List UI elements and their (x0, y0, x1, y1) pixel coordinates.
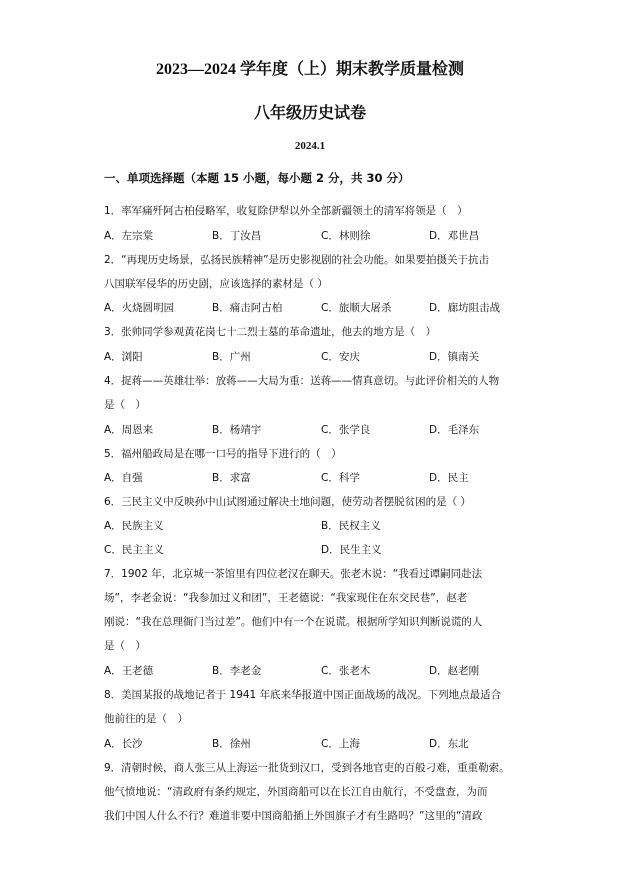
question-4-options: A．周恩来 B．杨靖宇 C．张学良 D．毛泽东 (104, 423, 524, 437)
question-9-text: 9．清朝时候，商人张三从上海运一批货到汉口，受到各地官吏的百般刁难，重重勒索。 (104, 761, 510, 775)
option-a: A．周恩来 (104, 423, 153, 437)
question-1-text: 1．率军痛歼阿古柏侵略军，收复除伊犁以外全部新疆领土的清军将领是（ ） (104, 204, 468, 218)
question-4-text: 4．捉蒋——英雄壮举：放蒋——大局为重：送蒋——情真意切。与此评价相关的人物 (104, 374, 499, 388)
question-3-text: 3．张帅同学参观黄花岗七十二烈士墓的革命遗址，他去的地方是（ ） (104, 325, 436, 339)
option-d: D．毛泽东 (429, 423, 479, 437)
option-c: C．张学良 (321, 423, 370, 437)
question-9-text-cont-1: 他气愤地说：“清政府有条约规定，外国商船可以在长江自由航行，不受盘查，为而 (104, 785, 487, 799)
option-d: D．民生主义 (321, 543, 382, 557)
option-d: D．廊坊阻击战 (429, 301, 500, 315)
option-a: A．王老德 (104, 664, 153, 678)
question-2-text: 2．“再现历史场景，弘扬民族精神”是历史影视剧的社会功能。如果要拍摄关于抗击 (104, 253, 489, 267)
option-b: B．痛击阿古柏 (212, 301, 282, 315)
exam-title: 2023—2024 学年度（上）期末教学质量检测 (0, 56, 620, 79)
option-a: A．长沙 (104, 737, 143, 751)
question-8-text: 8．美国某报的战地记者于 1941 年底来华报道中国正面战场的战况。下列地点最适… (104, 688, 501, 702)
question-2-text-cont: 八国联军侵华的历史剧，应该选择的素材是（ ） (104, 277, 328, 291)
question-4-text-cont: 是（ ） (104, 398, 146, 412)
question-5-options: A．自强 B．求富 C．科学 D．民主 (104, 471, 524, 485)
question-7-text-cont-1: 场”，李老金说：“我参加过义和团”，王老德说：“我家现住在东交民巷”，赵老 (104, 591, 467, 605)
option-c: C．旅顺大屠杀 (321, 301, 391, 315)
option-b: B．李老金 (212, 664, 261, 678)
option-a: A．民族主义 (104, 519, 164, 533)
question-9-text-cont-2: 我们中国人什么不行？难道非要中国商船插上外国旗子才有生路吗？”这里的“清政 (104, 809, 482, 823)
question-7-text-cont-3: 是（ ） (104, 639, 146, 653)
option-c: C．安庆 (321, 350, 360, 364)
exam-date: 2024.1 (0, 140, 620, 152)
option-b: B．求富 (212, 471, 251, 485)
question-8-text-cont: 他前往的是（ ） (104, 712, 188, 726)
option-d: D．镇南关 (429, 350, 479, 364)
question-5-text: 5．福州船政局是在哪一口号的指导下进行的（ ） (104, 447, 342, 461)
option-c: C．民主主义 (104, 543, 164, 557)
section-heading: 一、单项选择题（本题 15 小题，每小题 2 分，共 30 分） (104, 170, 410, 186)
option-b: B．广州 (212, 350, 251, 364)
exam-subtitle: 八年级历史试卷 (0, 100, 620, 123)
option-c: C．科学 (321, 471, 360, 485)
option-d: D．赵老刚 (429, 664, 479, 678)
option-c: C．林则徐 (321, 229, 370, 243)
option-b: B．杨靖宇 (212, 423, 261, 437)
question-1-options: A．左宗棠 B．丁汝昌 C．林则徐 D．邓世昌 (104, 229, 524, 243)
option-a: A．自强 (104, 471, 143, 485)
question-8-options: A．长沙 B．徐州 C．上海 D．东北 (104, 737, 524, 751)
question-7-text-cont-2: 刚说：“我在总理衙门当过差”。他们中有一个在说谎。根据所学知识判断说谎的人 (104, 615, 482, 629)
option-c: C．张老木 (321, 664, 370, 678)
option-b: B．民权主义 (321, 519, 381, 533)
option-a: A．火烧圆明园 (104, 301, 174, 315)
option-c: C．上海 (321, 737, 360, 751)
option-d: D．邓世昌 (429, 229, 479, 243)
option-d: D．东北 (429, 737, 469, 751)
option-a: A．浏阳 (104, 350, 143, 364)
option-a: A．左宗棠 (104, 229, 153, 243)
question-3-options: A．浏阳 B．广州 C．安庆 D．镇南关 (104, 350, 524, 364)
option-d: D．民主 (429, 471, 469, 485)
question-6-options-row-2: C．民主主义 D．民生主义 (104, 543, 524, 557)
question-7-options: A．王老德 B．李老金 C．张老木 D．赵老刚 (104, 664, 524, 678)
question-6-text: 6．三民主义中反映孙中山试图通过解决土地问题，使劳动者摆脱贫困的是（ ） (104, 495, 471, 509)
exam-page: 2023—2024 学年度（上）期末教学质量检测 八年级历史试卷 2024.1 … (0, 0, 620, 877)
option-b: B．徐州 (212, 737, 251, 751)
option-b: B．丁汝昌 (212, 229, 261, 243)
question-7-text: 7．1902 年，北京城一茶馆里有四位老汉在聊天。张老木说：“我看过谭嗣同赴法 (104, 567, 482, 581)
question-2-options: A．火烧圆明园 B．痛击阿古柏 C．旅顺大屠杀 D．廊坊阻击战 (104, 301, 524, 315)
question-6-options-row-1: A．民族主义 B．民权主义 (104, 519, 524, 533)
